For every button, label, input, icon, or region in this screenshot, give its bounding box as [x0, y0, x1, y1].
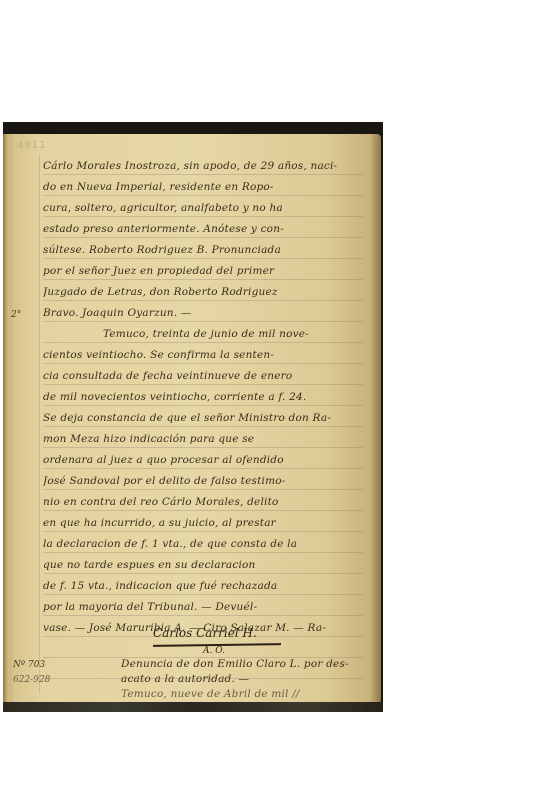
handwritten-line: José Sandoval por el delito de falso tes…: [43, 471, 363, 491]
handwritten-line: súltese. Roberto Rodriguez B. Pronunciad…: [43, 240, 363, 260]
handwritten-line: cura, soltero, agricultor, analfabeto y …: [43, 198, 363, 218]
ledger-paper: 4911 Cárlo Morales Inostroza, sin apodo,…: [3, 134, 381, 702]
handwritten-line: Cárlo Morales Inostroza, sin apodo, de 2…: [43, 156, 363, 176]
handwritten-line: que no tarde espues en su declaracion: [43, 555, 363, 575]
handwritten-line: estado preso anteriormente. Anótese y co…: [43, 219, 363, 239]
handwritten-line: en que ha incurrido, a su juicio, al pre…: [43, 513, 363, 533]
margin-note-second: 2°: [11, 310, 21, 320]
entry-line: Temuco, nueve de Abril de mil //: [121, 684, 361, 704]
handwritten-line: Temuco, treinta de junio de mil nove-: [43, 324, 363, 344]
handwritten-line: Juzgado de Letras, don Roberto Rodriguez: [43, 282, 363, 302]
page-number-stamp: 4911: [17, 140, 46, 151]
handwritten-line: do en Nueva Imperial, residente en Ropo-: [43, 177, 363, 197]
handwritten-line: Se deja constancia de que el señor Minis…: [43, 408, 363, 428]
handwritten-line: por el señor Juez en propiedad del prime…: [43, 261, 363, 281]
scan-bottom-edge: [3, 702, 383, 712]
signature: Carlos Carriel H.: [153, 626, 257, 640]
page-edge: [3, 134, 9, 702]
handwritten-line: de mil novecientos veintiocho, corriente…: [43, 387, 363, 407]
handwritten-line: cientos veintiocho. Se confirma la sente…: [43, 345, 363, 365]
handwritten-line: mon Meza hizo indicación para que se: [43, 429, 363, 449]
handwritten-line: la declaracion de f. 1 vta., de que cons…: [43, 534, 363, 554]
entry-number: Nº 703: [13, 660, 45, 670]
margin-rule: [39, 154, 40, 694]
handwritten-line: por la mayoria del Tribunal. — Devuél-: [43, 597, 363, 617]
handwritten-line: Bravo. Joaquin Oyarzun. —: [43, 303, 363, 323]
scanned-ledger-page: 4911 Cárlo Morales Inostroza, sin apodo,…: [3, 122, 383, 712]
handwritten-line: de f. 15 vta., indicacion que fué rechaz…: [43, 576, 363, 596]
handwritten-line: nio en contra del reo Cárlo Morales, del…: [43, 492, 363, 512]
handwritten-line: cia consultada de fecha veintinueve de e…: [43, 366, 363, 386]
handwritten-line: ordenara al juez a quo procesar al ofend…: [43, 450, 363, 470]
entry-range: 622-928: [13, 675, 50, 685]
